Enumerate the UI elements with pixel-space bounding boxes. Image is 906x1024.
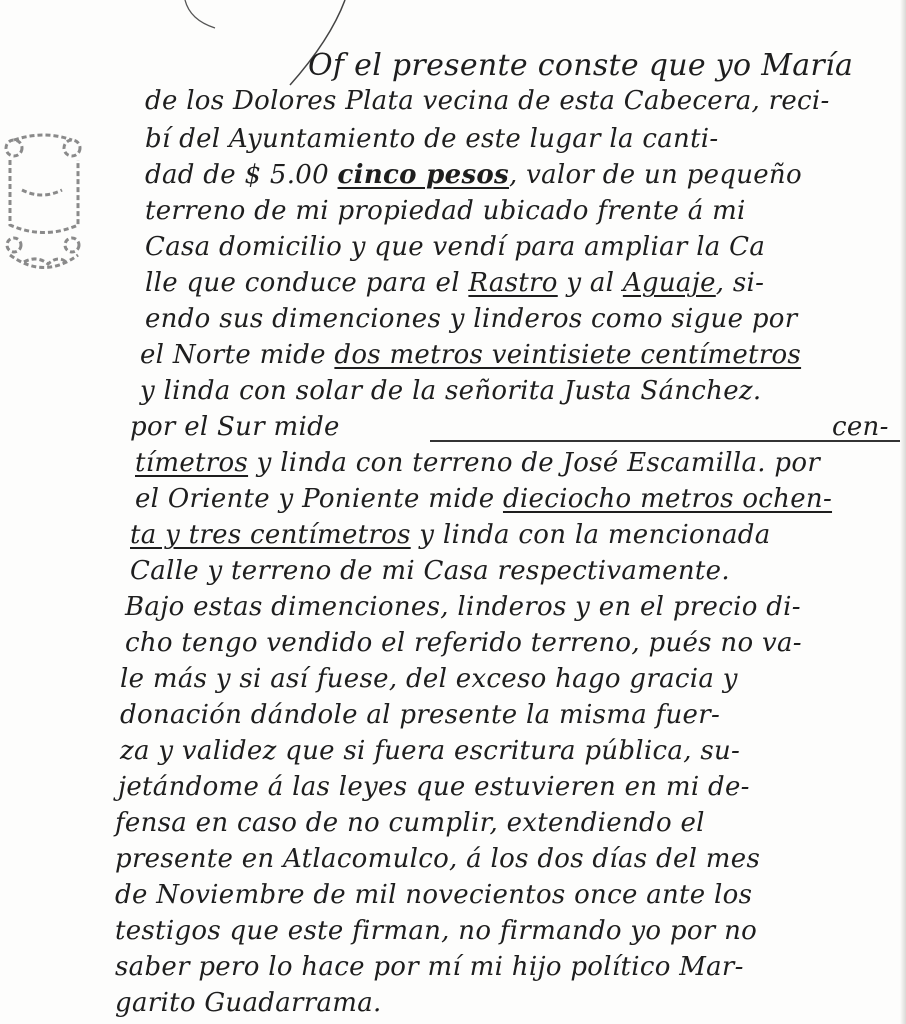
amount-in-words: cinco pesos	[338, 160, 509, 190]
text-line-2: de los Dolores Plata vecina de esta Cabe…	[145, 86, 830, 116]
line-text: Calle y terreno de mi Casa respectivamen…	[130, 556, 730, 586]
text-line-16: Bajo estas dimenciones, linderos y en el…	[125, 592, 801, 622]
text-line-14: ta y tres centímetros y linda con la men…	[130, 520, 771, 550]
text-line-24: de Noviembre de mil novecientos once ant…	[115, 880, 752, 910]
line-text: fensa en caso de no cumplir, extendiendo…	[115, 808, 705, 838]
text-line-11-end: cen-	[832, 412, 889, 442]
line-text: el Oriente y Poniente mide	[135, 484, 503, 514]
place-name-aguaje: Aguaje	[623, 268, 716, 298]
page-edge-shadow	[900, 0, 906, 1024]
text-line-19: donación dándole al presente la misma fu…	[120, 700, 720, 730]
text-line-4: dad de $ 5.00 cinco pesos, valor de un p…	[145, 160, 802, 190]
line-text: Of el presente conste que yo María	[308, 48, 853, 83]
text-line-9: el Norte mide dos metros veintisiete cen…	[140, 340, 801, 370]
text-line-18: le más y si así fuese, del exceso hago g…	[120, 664, 738, 694]
text-line-25: testigos que este firman, no firmando yo…	[115, 916, 757, 946]
line-text: , valor de un pequeño	[509, 160, 802, 190]
line-text: de Noviembre de mil novecientos once ant…	[115, 880, 752, 910]
north-measurement: dos metros veintisiete centímetros	[334, 340, 801, 370]
line-text: jetándome á las leyes que estuvieren en …	[118, 772, 750, 802]
line-text: , si-	[716, 268, 764, 298]
line-text: presente en Atlacomulco, á los dos días …	[115, 844, 760, 874]
line-text: garito Guadarrama.	[115, 988, 382, 1018]
line-text: dad de $ 5.00	[145, 160, 338, 190]
line-text: y linda con solar de la señorita Justa S…	[140, 376, 761, 406]
place-name-rastro: Rastro	[468, 268, 557, 298]
east-west-measurement-cont: ta y tres centímetros	[130, 520, 411, 550]
text-line-13: el Oriente y Poniente mide dieciocho met…	[135, 484, 832, 514]
revenue-stamp-icon	[2, 130, 86, 290]
south-measurement: tímetros	[135, 448, 248, 478]
text-line-15: Calle y terreno de mi Casa respectivamen…	[130, 556, 730, 586]
text-line-1: Of el presente conste que yo María	[308, 48, 853, 83]
line-text: por el Sur mide	[130, 412, 340, 442]
document-page: Of el presente conste que yo María de lo…	[0, 0, 906, 1024]
line-text: saber pero lo hace por mí mi hijo políti…	[115, 952, 744, 982]
text-line-3: bí del Ayuntamiento de este lugar la can…	[145, 124, 719, 154]
text-line-8: endo sus dimenciones y linderos como sig…	[145, 304, 797, 334]
line-text: donación dándole al presente la misma fu…	[120, 700, 720, 730]
text-line-6: Casa domicilio y que vendí para ampliar …	[145, 232, 765, 262]
line-text: cho tengo vendido el referido terreno, p…	[125, 628, 802, 658]
line-text: testigos que este firman, no firmando yo…	[115, 916, 757, 946]
line-text: Casa domicilio y que vendí para ampliar …	[145, 232, 765, 262]
blank-measurement-line	[430, 440, 900, 442]
line-text: cen-	[832, 412, 889, 442]
line-text: y al	[558, 268, 623, 298]
line-text: bí del Ayuntamiento de este lugar la can…	[145, 124, 719, 154]
text-line-27: garito Guadarrama.	[115, 988, 382, 1018]
text-line-26: saber pero lo hace por mí mi hijo políti…	[115, 952, 744, 982]
text-line-20: za y validez que si fuera escritura públ…	[120, 736, 740, 766]
text-line-21: jetándome á las leyes que estuvieren en …	[118, 772, 750, 802]
line-text: de los Dolores Plata vecina de esta Cabe…	[145, 86, 830, 116]
text-line-10: y linda con solar de la señorita Justa S…	[140, 376, 761, 406]
text-line-5: terreno de mi propiedad ubicado frente á…	[145, 196, 746, 226]
line-text: za y validez que si fuera escritura públ…	[120, 736, 740, 766]
line-text: Bajo estas dimenciones, linderos y en el…	[125, 592, 801, 622]
line-text: terreno de mi propiedad ubicado frente á…	[145, 196, 746, 226]
line-text: y linda con terreno de José Escamilla. p…	[248, 448, 820, 478]
line-text: y linda con la mencionada	[411, 520, 771, 550]
text-line-12: tímetros y linda con terreno de José Esc…	[135, 448, 820, 478]
line-text: endo sus dimenciones y linderos como sig…	[145, 304, 797, 334]
text-line-23: presente en Atlacomulco, á los dos días …	[115, 844, 760, 874]
east-west-measurement: dieciocho metros ochen-	[503, 484, 832, 514]
text-line-17: cho tengo vendido el referido terreno, p…	[125, 628, 802, 658]
text-line-11: por el Sur mide	[130, 412, 340, 442]
text-line-22: fensa en caso de no cumplir, extendiendo…	[115, 808, 705, 838]
line-text: el Norte mide	[140, 340, 334, 370]
line-text: le más y si así fuese, del exceso hago g…	[120, 664, 738, 694]
text-line-7: lle que conduce para el Rastro y al Agua…	[145, 268, 764, 298]
line-text: lle que conduce para el	[145, 268, 468, 298]
